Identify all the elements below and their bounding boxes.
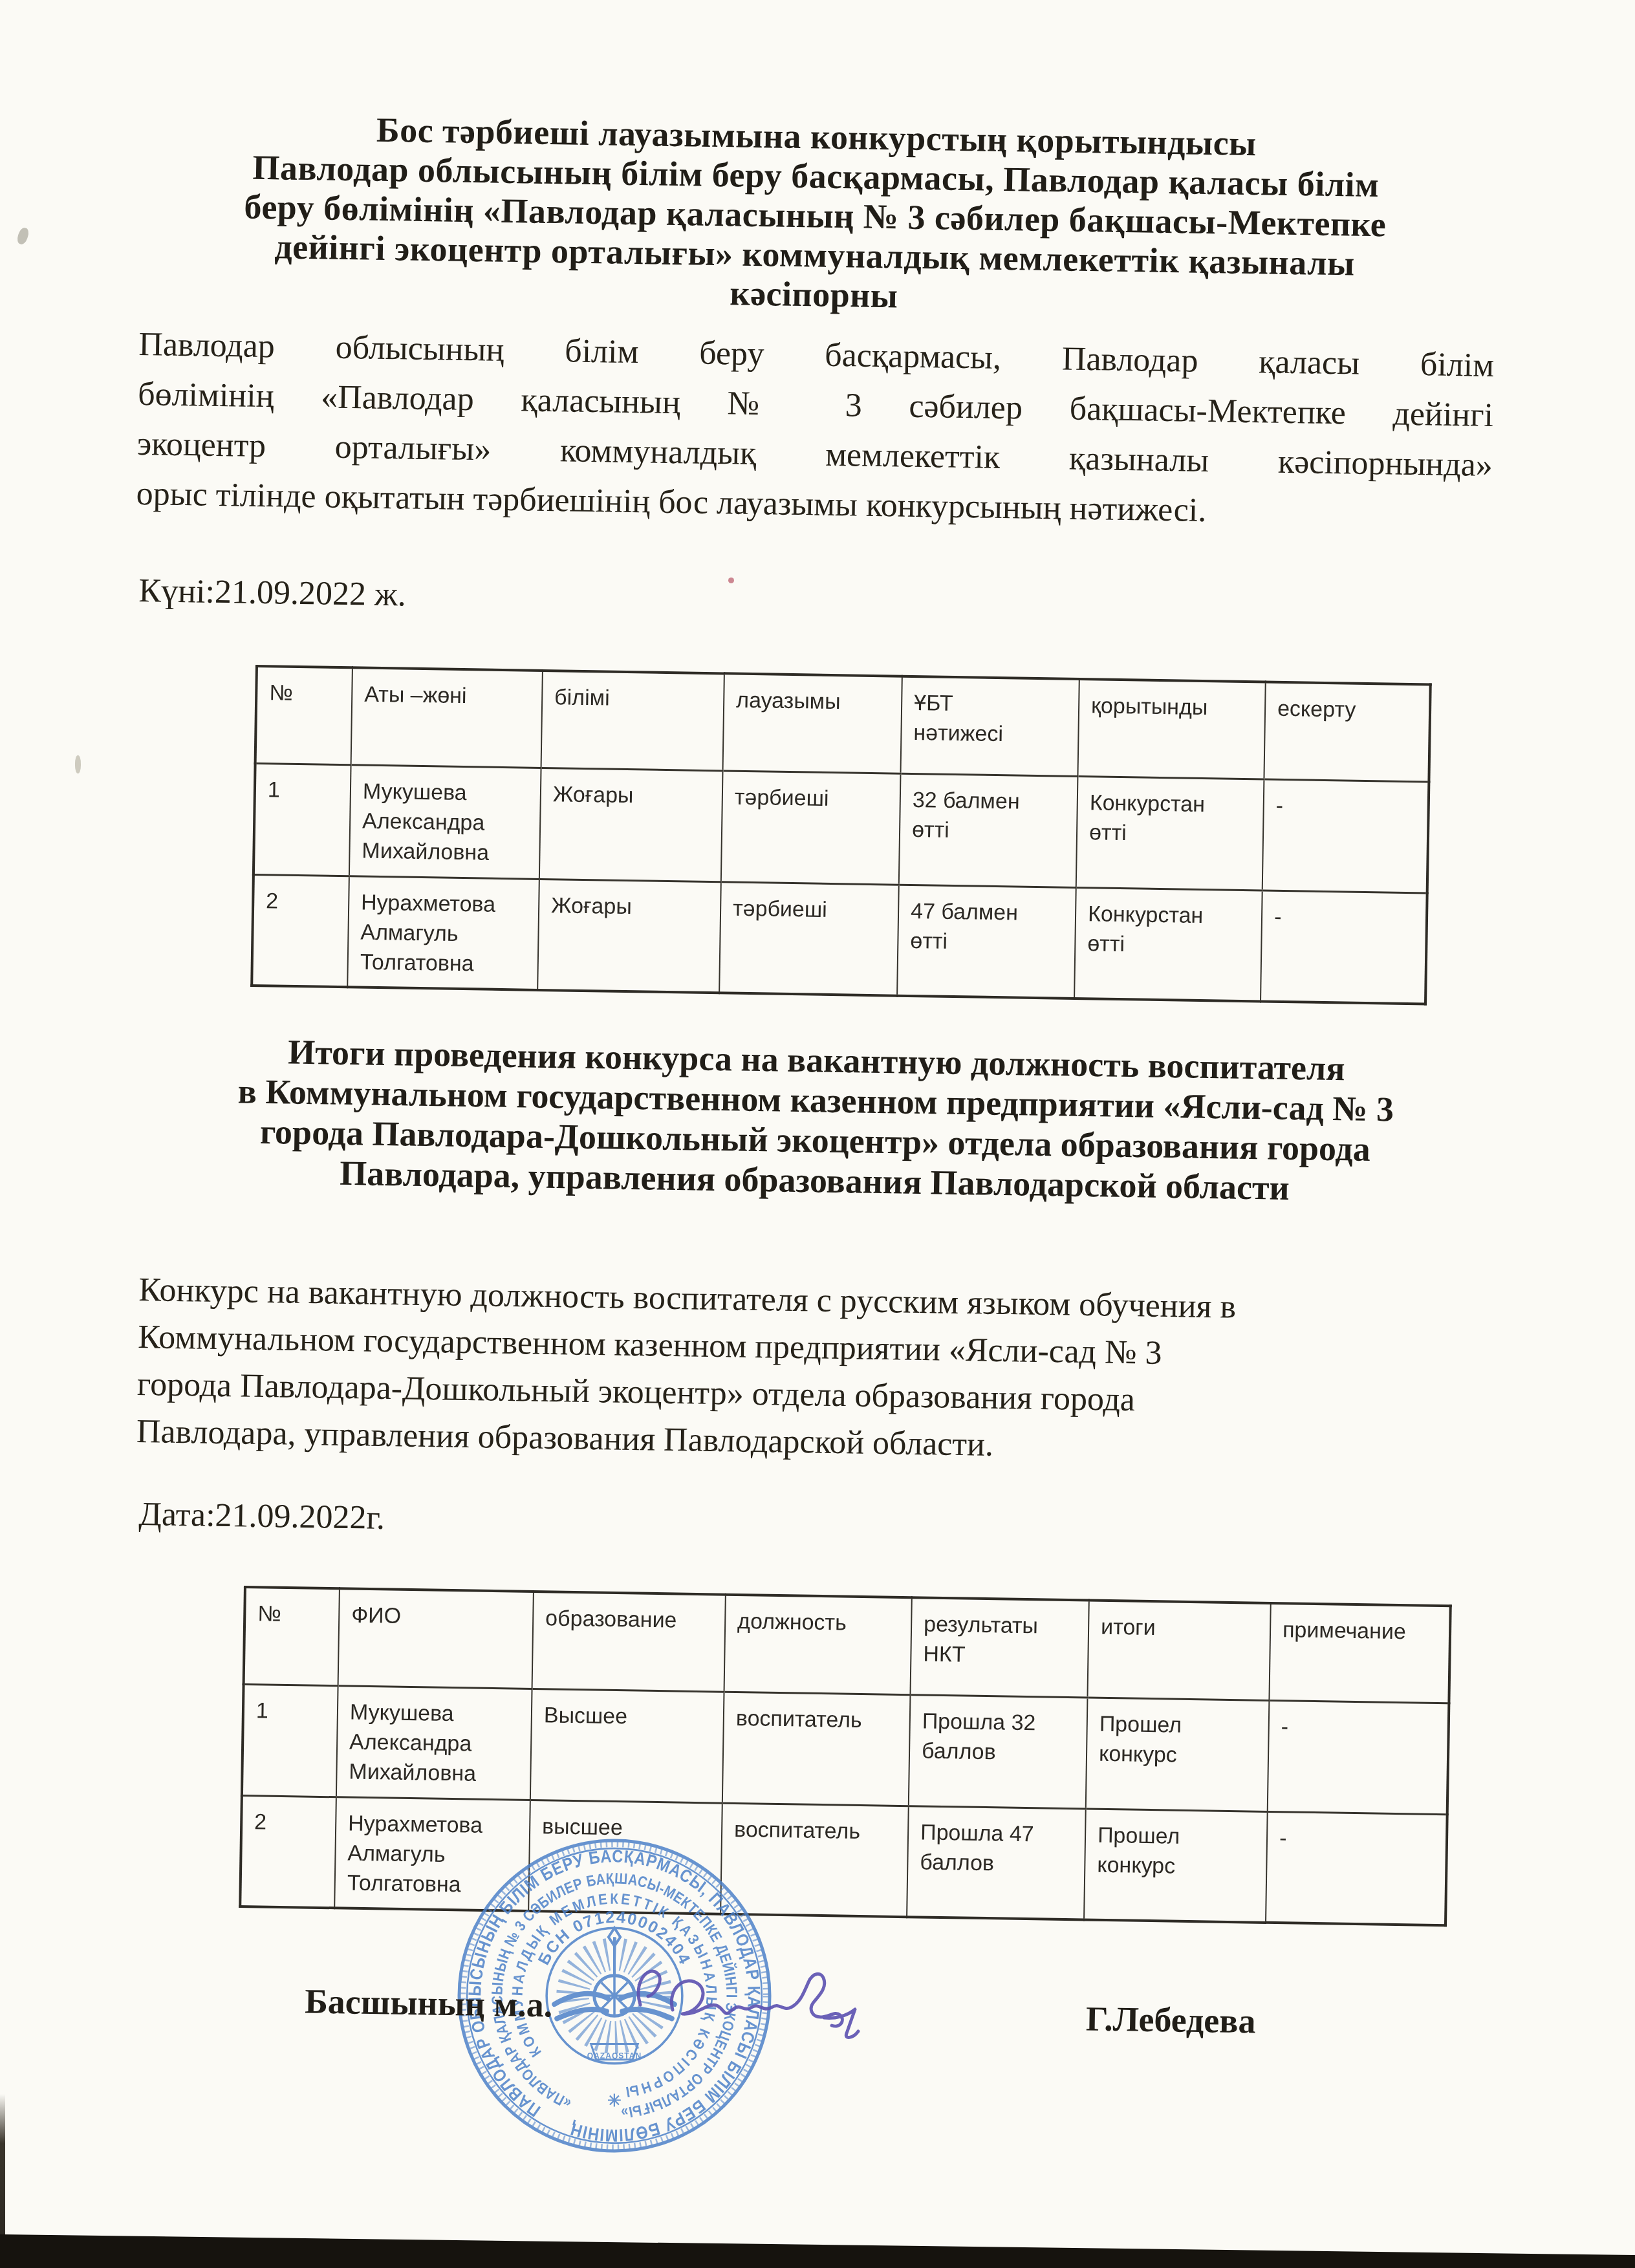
table-header-row: № ФИО образование должность результаты Н… [244,1587,1451,1703]
table-cell: Мукушева Александра Михайловна [349,764,541,879]
table-cell: Жоғары [539,768,723,881]
column-header: ФИО [338,1588,534,1689]
scanner-edge-band [0,2227,1635,2268]
table-row: 1 Мукушева Александра Михайловна Высшее … [242,1684,1449,1814]
table-cell: Высшее [530,1689,724,1803]
table-header-row: № Аты –жөні білімі лауазымы ҰБТ нәтижесі… [255,666,1431,781]
table-cell: Прошла 32 баллов [909,1694,1088,1808]
kk-heading: Бос тәрбиеші лауазымына конкурстың қорыт… [137,107,1493,325]
column-header: примечание [1269,1603,1450,1703]
column-header: ескерту [1264,682,1430,782]
table-cell: Мукушева Александра Михайловна [336,1685,532,1800]
table-cell: 1 [254,763,351,876]
table-cell: тәрбиеші [719,881,899,995]
table-cell: 2 [240,1795,336,1908]
table-cell: - [1268,1700,1449,1814]
table-cell: - [1262,779,1429,893]
table-cell: 32 балмен өтті [899,773,1078,887]
scan-speck [728,578,734,583]
column-header: Аты –жөні [351,667,543,768]
kk-results-table: № Аты –жөні білімі лауазымы ҰБТ нәтижесі… [250,665,1432,1006]
scan-speck [16,226,30,245]
table-cell: воспитатель [722,1692,911,1806]
table-cell: Прошел конкурс [1084,1808,1268,1922]
column-header: № [244,1587,340,1685]
ru-date: Дата:21.09.2022г. [138,1495,385,1537]
stamp-star-icon: ✳ [607,2091,622,2110]
kk-paragraph: Павлодар облысының білім беру басқармасы… [136,319,1495,540]
signer-name: Г.Лебедева [1085,1998,1256,2041]
table-cell: Конкурстан өтті [1074,887,1262,1002]
column-header: должность [724,1595,912,1695]
ru-results-table: № ФИО образование должность результаты Н… [239,1586,1452,1927]
table-cell: Конкурстан өтті [1076,776,1264,891]
table-cell: - [1266,1811,1447,1925]
scan-speck [75,755,81,773]
kk-date: Күні:21.09.2022 ж. [138,572,406,614]
column-header: қорытынды [1077,679,1265,779]
table-cell: - [1261,890,1427,1004]
table-cell: Нурахметова Алмагуль Толгатовна [347,876,539,990]
ru-heading: Итоги проведения конкурса на вакантную д… [138,1030,1493,1211]
signer-title: Басшының м.а. [305,1981,553,2025]
ru-paragraph: Конкурс на вакантную должность воспитате… [136,1266,1494,1476]
scanner-edge-strip [0,2094,5,2235]
table-row: 2 Нурахметова Алмагуль Толгатовна Жоғары… [252,874,1427,1004]
column-header: результаты НКТ [910,1597,1088,1697]
table-cell: 2 [252,874,349,987]
table-row: 2 Нурахметова Алмагуль Толгатовна высшее… [240,1795,1447,1925]
table-cell: Жоғары [537,879,721,993]
signing-row: Басшының м.а. Г.Лебедева [0,1966,1635,2089]
column-header: ҰБТ нәтижесі [900,676,1079,776]
column-header: № [255,666,352,764]
column-header: білімі [541,671,724,770]
table-cell: Прошла 47 баллов [907,1806,1086,1919]
table-cell: тәрбиеші [721,770,901,884]
table-cell: 1 [242,1684,338,1797]
column-header: образование [532,1592,726,1692]
column-header: лауазымы [723,673,902,773]
scanned-document-page: Бос тәрбиеші лауазымына конкурстың қорыт… [0,0,1635,2268]
table-cell: 47 балмен өтті [897,885,1076,999]
table-cell: Прошел конкурс [1086,1698,1270,1811]
column-header: итоги [1087,1601,1270,1700]
table-row: 1 Мукушева Александра Михайловна Жоғары … [254,763,1429,892]
